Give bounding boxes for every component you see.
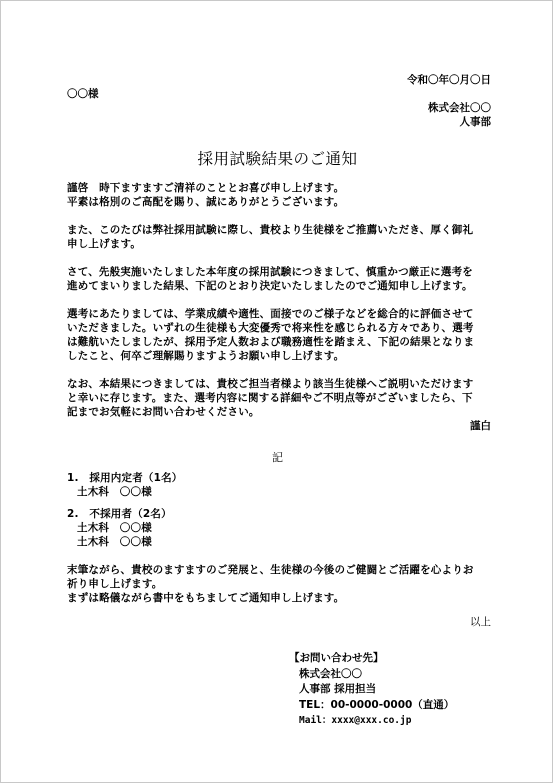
paragraph-line: 記までお気軽にお問い合わせください。	[67, 405, 495, 419]
results-section-rejected: 2. 不採用者（2名） 土木科 〇〇様 土木科 〇〇様	[67, 507, 495, 549]
paragraph-line: 選考にあたりましては、学業成績や適性、面接でのご様子などを総合的に評価させて	[67, 307, 495, 321]
result-entry: 土木科 〇〇様	[67, 535, 495, 549]
contact-block: 【お問い合わせ先】 株式会社〇〇 人事部 採用担当 TEL：00-0000-00…	[289, 651, 454, 729]
paragraph-line: 祈り申し上げます。	[67, 577, 495, 591]
paragraph-line: 進めてまいりました結果、下記のとおり決定いたしましたのでご通知申し上げます。	[67, 279, 495, 293]
thanks-paragraph: また、このたびは弊社採用試験に際し、貴校より生徒様をご推薦いただき、厚く御礼 申…	[67, 223, 495, 251]
paragraph-line: さて、先般実施いたしました本年度の採用試験につきまして、慎重かつ厳正に選考を	[67, 265, 495, 279]
sender-department: 人事部	[460, 115, 492, 129]
greeting-paragraph: 謹啓 時下ますますご清祥のこととお喜び申し上げます。 平素は格別のご高配を賜り、…	[67, 181, 495, 209]
ki-heading: 記	[1, 449, 553, 465]
paragraph-line: また、このたびは弊社採用試験に際し、貴校より生徒様をご推薦いただき、厚く御礼	[67, 223, 495, 237]
paragraph-line: と幸いに存じます。また、選考内容に関する詳細やご不明点等がございましたら、下	[67, 391, 495, 405]
inquiry-paragraph: なお、本結果につきましては、貴校ご担当者様より該当生徒様へご説明いただけます と…	[67, 377, 495, 419]
paragraph-line: いただきました。いずれの生徒様も大変優秀で将来性を感じられる方々であり、選考	[67, 321, 495, 335]
paragraph-line: したこと、何卒ご理解賜りますようお願い申し上げます。	[67, 349, 495, 363]
paragraph-line: まずは略儀ながら書中をもちましてご通知申し上げます。	[67, 591, 495, 605]
letter-date: 令和〇年〇月〇日	[407, 73, 491, 87]
contact-company: 株式会社〇〇	[289, 667, 454, 683]
document-title: 採用試験結果のご通知	[1, 147, 553, 169]
contact-department: 人事部 採用担当	[289, 682, 454, 698]
contact-mail: Mail：xxxx@xxx.co.jp	[289, 713, 454, 729]
evaluation-paragraph: 選考にあたりましては、学業成績や適性、面接でのご様子などを総合的に評価させて い…	[67, 307, 495, 363]
greeting-line: 謹啓 時下ますますご清祥のこととお喜び申し上げます。	[67, 181, 495, 195]
results-section-hired: 1. 採用内定者（1名） 土木科 〇〇様	[67, 471, 495, 499]
decision-paragraph: さて、先般実施いたしました本年度の採用試験につきまして、慎重かつ厳正に選考を 進…	[67, 265, 495, 293]
contact-tel: TEL：00-0000-0000（直通）	[289, 698, 454, 714]
sender-company: 株式会社〇〇	[428, 101, 491, 115]
paragraph-line: は難航いたしましたが、採用予定人数および職務適性を踏まえ、下記の結果となりま	[67, 335, 495, 349]
paragraph-line: 末筆ながら、貴校のますますのご発展と、生徒様の今後のご健闘とご活躍を心よりお	[67, 563, 495, 577]
result-entry: 土木科 〇〇様	[67, 485, 495, 499]
closing-paragraph: 末筆ながら、貴校のますますのご発展と、生徒様の今後のご健闘とご活躍を心よりお 祈…	[67, 563, 495, 605]
section-heading: 2. 不採用者（2名）	[67, 507, 495, 521]
paragraph-line: 申し上げます。	[67, 237, 495, 251]
paragraph-line: なお、本結果につきましては、貴校ご担当者様より該当生徒様へご説明いただけます	[67, 377, 495, 391]
closing-word-kinpaku: 謹白	[470, 419, 491, 433]
closing-ijo: 以上	[470, 615, 491, 629]
section-heading: 1. 採用内定者（1名）	[67, 471, 495, 485]
result-entry: 土木科 〇〇様	[67, 521, 495, 535]
recipient-name: 〇〇様	[67, 87, 99, 101]
contact-heading: 【お問い合わせ先】	[289, 651, 454, 667]
greeting-line: 平素は格別のご高配を賜り、誠にありがとうございます。	[67, 195, 495, 209]
letter-page: 令和〇年〇月〇日 〇〇様 株式会社〇〇 人事部 採用試験結果のご通知 謹啓 時下…	[0, 0, 553, 783]
